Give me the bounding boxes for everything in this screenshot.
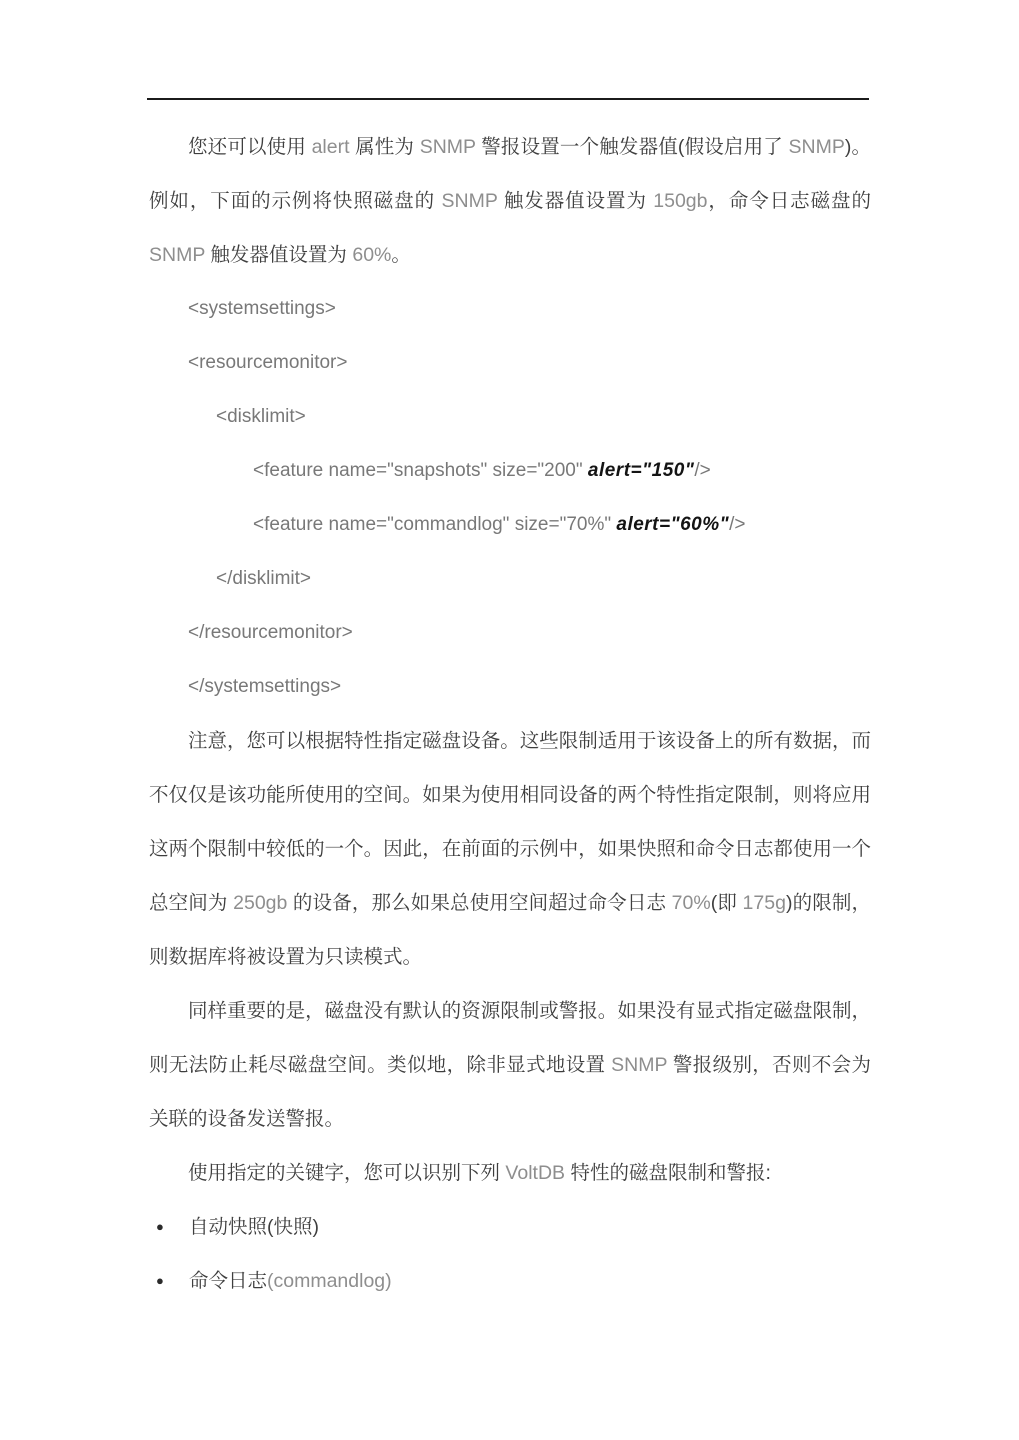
text-run: ，命令日志磁盘的: [708, 190, 872, 212]
document-page: 您还可以使用 alert 属性为 SNMP 警报设置一个触发器值(假设启用了 S…: [0, 0, 1019, 1440]
code-text: <systemsettings>: [188, 298, 336, 319]
code-line: <disklimit>: [149, 390, 871, 444]
code-text: <feature name="snapshots" size="200": [253, 460, 588, 481]
text-run: 60%: [352, 244, 391, 266]
text-run: (即: [711, 892, 743, 914]
document-content: 您还可以使用 alert 属性为 SNMP 警报设置一个触发器值(假设启用了 S…: [149, 120, 871, 1308]
code-line: <feature name="commandlog" size="70%" al…: [149, 498, 871, 552]
code-text: <disklimit>: [216, 406, 306, 427]
text-run: 属性为: [350, 136, 420, 158]
code-alert-attribute: alert="60%": [616, 514, 729, 535]
text-run: 您还可以使用: [188, 136, 312, 158]
text-run: VoltDB: [505, 1162, 565, 1184]
xml-code-block: <systemsettings> <resourcemonitor> <disk…: [149, 282, 871, 714]
code-line: <feature name="snapshots" size="200" ale…: [149, 444, 871, 498]
text-run: 250gb: [233, 892, 287, 914]
text-run: 150gb: [653, 190, 707, 212]
code-text: </systemsettings>: [188, 676, 341, 697]
code-alert-attribute: alert="150": [588, 460, 694, 481]
code-line: <resourcemonitor>: [149, 336, 871, 390]
code-text: />: [729, 514, 745, 535]
paragraph-keywords-intro: 使用指定的关键字，您可以识别下列 VoltDB 特性的磁盘限制和警报:: [149, 1146, 871, 1200]
text-run: 特性的磁盘限制和警报:: [565, 1162, 771, 1184]
text-run: 175g: [743, 892, 786, 914]
bullet-text-latin: (commandlog): [267, 1270, 392, 1292]
text-run: 警报设置一个触发器值(假设启用了: [476, 136, 789, 158]
text-run: 使用指定的关键字，您可以识别下列: [188, 1162, 505, 1184]
text-run: alert: [312, 136, 350, 158]
text-run: 触发器值设置为: [497, 190, 653, 212]
text-run: 的设备，那么如果总使用空间超过命令日志: [287, 892, 671, 914]
code-line: </disklimit>: [149, 552, 871, 606]
text-run: 注意，您可以根据特性指定磁盘设备。这些限制适用于该设备上的所有数据，而不仅仅是该…: [149, 730, 871, 914]
code-text: />: [694, 460, 710, 481]
code-line: <systemsettings>: [149, 282, 871, 336]
code-text: </resourcemonitor>: [188, 622, 353, 643]
text-run: 。: [391, 244, 411, 266]
text-run: 70%: [672, 892, 711, 914]
bullet-item-snapshot: ●自动快照(快照): [149, 1200, 871, 1254]
text-run: SNMP: [441, 190, 497, 212]
text-run: SNMP: [420, 136, 476, 158]
bullet-icon: ●: [156, 1254, 164, 1308]
text-run: 触发器值设置为: [205, 244, 352, 266]
bullet-icon: ●: [156, 1200, 164, 1254]
code-line: </systemsettings>: [149, 660, 871, 714]
bullet-text: 自动快照(快照): [189, 1216, 319, 1238]
top-rule: [147, 98, 869, 100]
bullet-item-commandlog: ●命令日志(commandlog): [149, 1254, 871, 1308]
code-text: <resourcemonitor>: [188, 352, 347, 373]
text-run: SNMP: [149, 244, 205, 266]
code-text: <feature name="commandlog" size="70%": [253, 514, 616, 535]
paragraph-note-device-limits: 注意，您可以根据特性指定磁盘设备。这些限制适用于该设备上的所有数据，而不仅仅是该…: [149, 714, 871, 984]
text-run: SNMP: [788, 136, 844, 158]
text-run: SNMP: [611, 1054, 667, 1076]
code-text: </disklimit>: [216, 568, 311, 589]
code-line: </resourcemonitor>: [149, 606, 871, 660]
bullet-text: 命令日志: [189, 1270, 267, 1292]
paragraph-alert-intro: 您还可以使用 alert 属性为 SNMP 警报设置一个触发器值(假设启用了 S…: [149, 120, 871, 282]
paragraph-no-default-limits: 同样重要的是，磁盘没有默认的资源限制或警报。如果没有显式指定磁盘限制，则无法防止…: [149, 984, 871, 1146]
